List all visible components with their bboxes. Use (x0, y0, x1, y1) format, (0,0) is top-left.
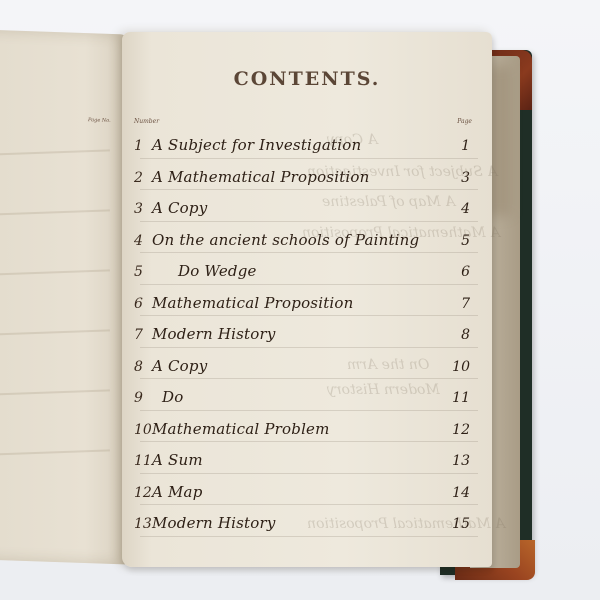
entry-page: 4 (444, 201, 470, 217)
contents-entry: 8 A Copy 10 (122, 349, 492, 381)
contents-entry: 6 Mathematical Proposition 7 (122, 286, 492, 318)
entry-title: A Copy (152, 199, 207, 217)
contents-entry: 9 Do 11 (122, 380, 492, 412)
contents-entry: 3 A Copy 4 (122, 191, 492, 223)
contents-page: A Copy A Subject for Investigation A Map… (122, 32, 492, 567)
entry-title: Mathematical Proposition (152, 294, 354, 312)
entry-number: 5 (134, 264, 156, 280)
contents-entry: 2 A Mathematical Proposition 3 (122, 160, 492, 192)
entry-page: 11 (444, 390, 470, 406)
number-column-header: Number (134, 118, 159, 125)
ghost-line (0, 329, 110, 336)
ghost-line (0, 209, 110, 216)
contents-entry: 13 Modern History 15 (122, 506, 492, 538)
entry-title: A Subject for Investigation (152, 136, 361, 154)
left-page: Page No. (0, 29, 130, 564)
entry-title: On the ancient schools of Painting (152, 231, 419, 249)
contents-entry: 1 A Subject for Investigation 1 (122, 128, 492, 160)
entry-page: 15 (444, 516, 470, 532)
entry-title: Do (162, 388, 183, 406)
entry-number: 9 (134, 390, 156, 406)
entry-title: A Map (152, 483, 203, 501)
entry-page: 12 (444, 422, 470, 438)
contents-heading: CONTENTS. (122, 68, 492, 90)
contents-entry: 4 On the ancient schools of Painting 5 (122, 223, 492, 255)
contents-list: 1 A Subject for Investigation 1 2 A Math… (122, 128, 492, 538)
contents-entry: 11 A Sum 13 (122, 443, 492, 475)
entry-title: Modern History (152, 325, 276, 343)
entry-page: 14 (444, 485, 470, 501)
entry-title: Mathematical Problem (152, 420, 330, 438)
page-column-header: Page (457, 118, 472, 125)
contents-entry: 7 Modern History 8 (122, 317, 492, 349)
entry-page: 13 (444, 453, 470, 469)
entry-page: 8 (444, 327, 470, 343)
ghost-line (0, 149, 110, 156)
entry-title: A Mathematical Proposition (152, 168, 370, 186)
entry-page: 6 (444, 264, 470, 280)
ghost-line (0, 389, 110, 396)
left-column-header: Page No. (88, 117, 111, 124)
ghost-line (0, 269, 110, 276)
entry-title: Modern History (152, 514, 276, 532)
contents-entry: 10 Mathematical Problem 12 (122, 412, 492, 444)
entry-page: 10 (444, 359, 470, 375)
entry-page: 5 (444, 233, 470, 249)
entry-title: A Copy (152, 357, 207, 375)
photo-scene: Page No. A Copy A Subject for Investigat… (0, 0, 600, 600)
contents-entry: 12 A Map 14 (122, 475, 492, 507)
entry-page: 7 (444, 296, 470, 312)
entry-title: Do Wedge (178, 262, 257, 280)
contents-entry: 5 Do Wedge 6 (122, 254, 492, 286)
ghost-line (0, 449, 110, 456)
entry-title: A Sum (152, 451, 203, 469)
entry-page: 1 (444, 138, 470, 154)
entry-page: 3 (444, 170, 470, 186)
